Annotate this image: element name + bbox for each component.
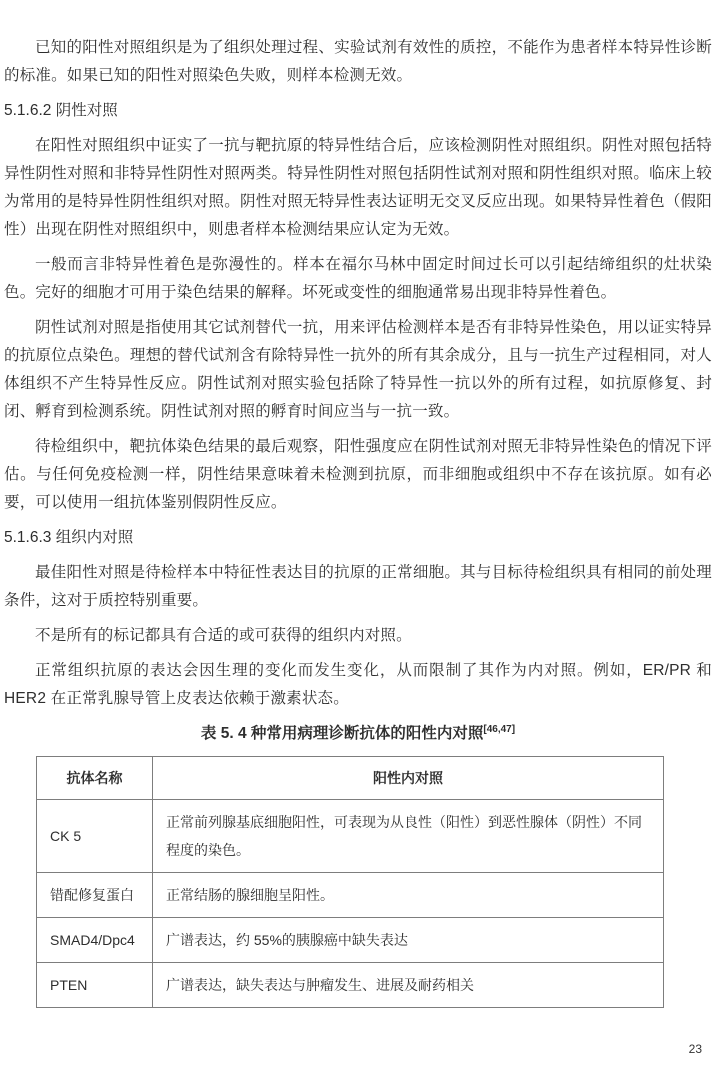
antibody-name-cell: PTEN	[37, 963, 153, 1008]
paragraph: 不是所有的标记都具有合适的或可获得的组织内对照。	[4, 622, 712, 650]
paragraph: 一般而言非特异性着色是弥漫性的。样本在福尔马林中固定时间过长可以引起结缔组织的灶…	[4, 251, 712, 307]
positive-control-cell: 广谱表达，约 55%的胰腺癌中缺失表达	[153, 918, 664, 963]
table-header-positive-internal-control: 阳性内对照	[153, 757, 664, 800]
document-page: 已知的阳性对照组织是为了组织处理过程、实验试剂有效性的质控，不能作为患者样本特异…	[0, 0, 720, 1008]
caption-reference-superscript: [46,47]	[483, 724, 515, 735]
table-row: CK 5 正常前列腺基底细胞阳性，可表现为从良性（阳性）到恶性腺体（阴性）不同程…	[37, 800, 664, 873]
antibody-name-cell: 错配修复蛋白	[37, 873, 153, 918]
antibody-name-cell: SMAD4/Dpc4	[37, 918, 153, 963]
paragraph: 正常组织抗原的表达会因生理的变化而发生变化，从而限制了其作为内对照。例如，ER/…	[4, 657, 712, 713]
section-heading-negative-control: 5.1.6.2 阴性对照	[4, 97, 712, 125]
antibody-positive-control-table: 抗体名称 阳性内对照 CK 5 正常前列腺基底细胞阳性，可表现为从良性（阳性）到…	[36, 756, 664, 1008]
positive-control-cell: 正常结肠的腺细胞呈阳性。	[153, 873, 664, 918]
table-caption-text: 表 5. 4 种常用病理诊断抗体的阳性内对照	[201, 725, 483, 742]
table-header-antibody-name: 抗体名称	[37, 757, 153, 800]
table-row: SMAD4/Dpc4 广谱表达，约 55%的胰腺癌中缺失表达	[37, 918, 664, 963]
positive-control-cell: 正常前列腺基底细胞阳性，可表现为从良性（阳性）到恶性腺体（阴性）不同程度的染色。	[153, 800, 664, 873]
table-row: PTEN 广谱表达，缺失表达与肿瘤发生、进展及耐药相关	[37, 963, 664, 1008]
paragraph: 阴性试剂对照是指使用其它试剂替代一抗，用来评估检测样本是否有非特异性染色，用以证…	[4, 314, 712, 426]
paragraph: 已知的阳性对照组织是为了组织处理过程、实验试剂有效性的质控，不能作为患者样本特异…	[4, 34, 712, 90]
page-number: 23	[689, 1042, 702, 1056]
positive-control-cell: 广谱表达，缺失表达与肿瘤发生、进展及耐药相关	[153, 963, 664, 1008]
table-caption: 表 5. 4 种常用病理诊断抗体的阳性内对照[46,47]	[4, 720, 712, 748]
paragraph: 最佳阳性对照是待检样本中特征性表达目的抗原的正常细胞。其与目标待检组织具有相同的…	[4, 559, 712, 615]
section-heading-internal-tissue-control: 5.1.6.3 组织内对照	[4, 524, 712, 552]
table-header-row: 抗体名称 阳性内对照	[37, 757, 664, 800]
table-row: 错配修复蛋白 正常结肠的腺细胞呈阳性。	[37, 873, 664, 918]
paragraph: 在阳性对照组织中证实了一抗与靶抗原的特异性结合后，应该检测阴性对照组织。阴性对照…	[4, 132, 712, 244]
antibody-name-cell: CK 5	[37, 800, 153, 873]
paragraph: 待检组织中，靶抗体染色结果的最后观察，阳性强度应在阴性试剂对照无非特异性染色的情…	[4, 433, 712, 517]
